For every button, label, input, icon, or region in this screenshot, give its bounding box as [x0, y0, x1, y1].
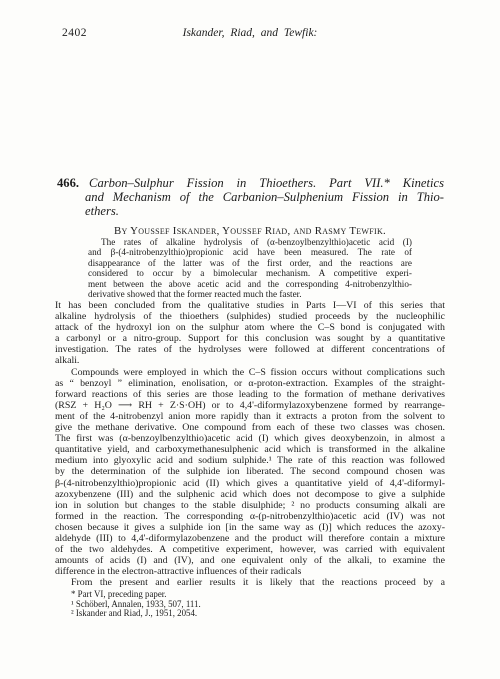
- footnotes: * Part VI, preceding paper. ¹ Schöberl, …: [55, 590, 445, 619]
- text-line: medium into glyoxylic acid and sodium su…: [55, 455, 445, 466]
- running-head: 2402 Iskander, Riad, and Tewfik:: [0, 27, 500, 41]
- text-line: of the two aldehydes. A competitive expe…: [55, 544, 445, 555]
- footnote-2: ² Iskander and Riad, J., 1951, 2054.: [55, 609, 445, 619]
- text-line: amounts of acids (I) and (IV), and one e…: [55, 555, 445, 566]
- text-line: Compounds were employed in which the C–S…: [55, 367, 445, 378]
- text-line: It has been concluded from the qualitati…: [55, 300, 445, 311]
- abstract-line: disappearance of the latter was of the f…: [88, 258, 412, 268]
- running-title: Iskander, Riad, and Tewfik:: [0, 27, 500, 39]
- title-text: Carbon–Sulphur Fission in Thioethers. Pa…: [89, 176, 444, 190]
- text-line: difference in the electron-attractive in…: [55, 566, 445, 577]
- text-line: formed in the reaction. The correspondin…: [55, 511, 445, 522]
- text-line: The first was (α-benzoylbenzylthio)aceti…: [55, 433, 445, 444]
- body-text: It has been concluded from the qualitati…: [55, 300, 445, 588]
- text-line: attack of the hydroxyl ion on the sulphu…: [55, 322, 445, 333]
- article-title: 466.Carbon–Sulphur Fission in Thioethers…: [57, 176, 444, 218]
- text-line: as “ benzoyl ” elimination, enolisation,…: [55, 378, 445, 389]
- abstract: The rates of alkaline hydrolysis of (α-b…: [88, 237, 412, 299]
- article-number: 466.: [57, 176, 89, 190]
- title-line: and Mechanism of the Carbanion–Sulpheniu…: [57, 190, 444, 204]
- text-line: azoxybenzene (III) and the sulphenic aci…: [55, 489, 445, 500]
- text-line: From the present and earlier results it …: [55, 577, 445, 588]
- text-line: quantitative yield, and carboxymethanesu…: [55, 444, 445, 455]
- text-line: aldehyde (III) to 4,4'-diformylazobenzen…: [55, 533, 445, 544]
- abstract-line: derivative showed that the former reacte…: [88, 289, 412, 299]
- abstract-line: and β-(4-nitrobenzylthio)propionic acid …: [88, 247, 412, 257]
- journal-page: 2402 Iskander, Riad, and Tewfik: 466.Car…: [0, 0, 500, 679]
- text-line: forward reactions of this series are tho…: [55, 389, 445, 400]
- text-line: (RSZ + H₂O ⟶ RH + Z·S·OH) or to 4,4'-dif…: [55, 400, 445, 411]
- byline: By Youssef Iskander, Youssef Riad, and R…: [0, 225, 500, 237]
- text-line: β-(4-nitrobenzylthio)propionic acid (II)…: [55, 478, 445, 489]
- abstract-line: ment between the above acetic acid and t…: [88, 279, 412, 289]
- text-line: alkali.: [55, 355, 445, 366]
- abstract-line: considered to occur by a bimolecular mec…: [88, 268, 412, 278]
- text-line: by the determination of the sulphide ion…: [55, 466, 445, 477]
- text-line: give the methane derivative. One compoun…: [55, 422, 445, 433]
- abstract-line: The rates of alkaline hydrolysis of (α-b…: [88, 237, 412, 247]
- text-line: chosen because it gives a sulphide ion […: [55, 522, 445, 533]
- text-line: investigation. The rates of the hydrolys…: [55, 344, 445, 355]
- title-line: 466.Carbon–Sulphur Fission in Thioethers…: [57, 176, 444, 190]
- title-line: ethers.: [57, 204, 444, 218]
- text-line: ion in solution but changes to the stabl…: [55, 500, 445, 511]
- text-line: a carbonyl or a nitro-group. Support for…: [55, 333, 445, 344]
- text-line: alkaline hydrolysis of the thioethers (s…: [55, 311, 445, 322]
- text-line: ment of the 4-nitrobenzyl anion more rap…: [55, 411, 445, 422]
